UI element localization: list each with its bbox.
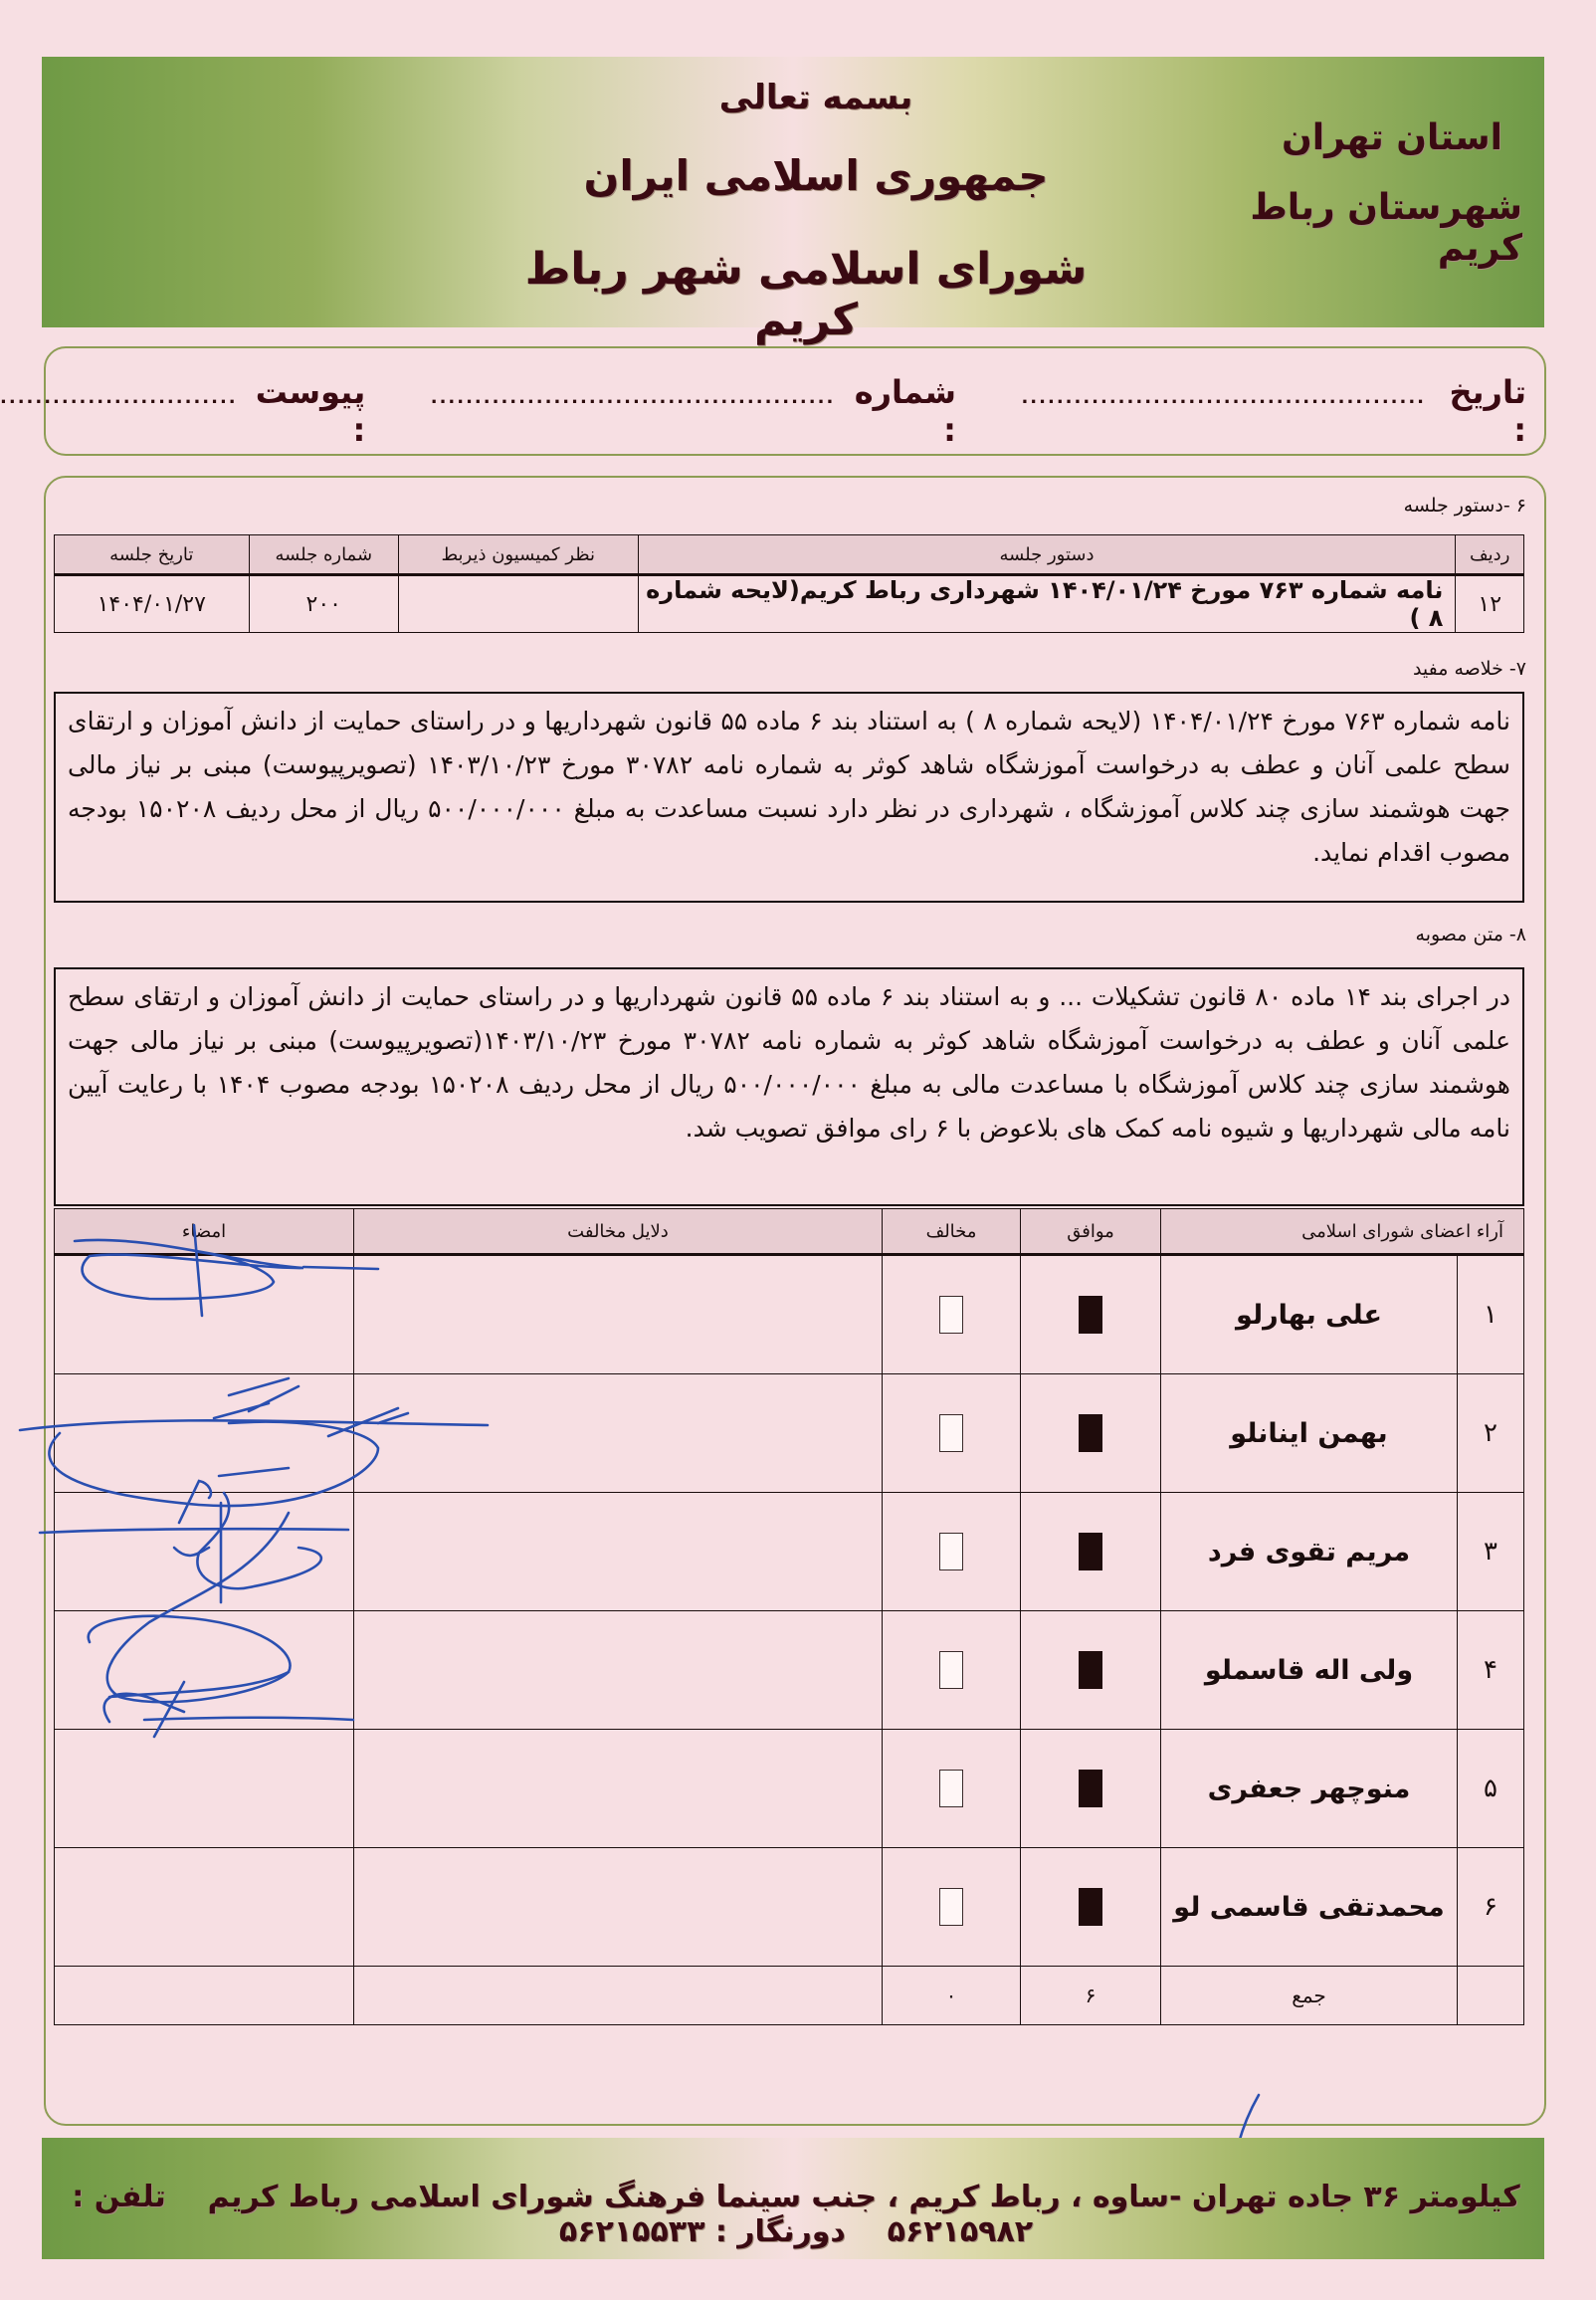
total-reasons bbox=[354, 1967, 883, 2025]
invocation-text: بسمه تعالی bbox=[557, 78, 1075, 117]
agenda-session-no: ۲۰۰ bbox=[249, 575, 398, 633]
signature-cell bbox=[55, 1255, 354, 1374]
disagree-checkbox[interactable] bbox=[939, 1770, 963, 1807]
signature-cell bbox=[55, 1611, 354, 1730]
county-label: شهرستان رباط کریم bbox=[1184, 187, 1522, 269]
col-agenda-item: دستور جلسه bbox=[638, 535, 1456, 575]
number-field[interactable]: ........................................… bbox=[431, 387, 836, 408]
col-reasons: دلایل مخالفت bbox=[354, 1209, 883, 1255]
signature-cell bbox=[55, 1848, 354, 1967]
member-no: ۲ bbox=[1458, 1374, 1524, 1493]
vote-row: ۳ مریم تقوی فرد bbox=[55, 1493, 1524, 1611]
date-label: تاریخ : bbox=[1442, 373, 1526, 449]
disagree-reason bbox=[354, 1848, 883, 1967]
member-no: ۶ bbox=[1458, 1848, 1524, 1967]
disagree-checkbox[interactable] bbox=[939, 1414, 963, 1452]
agree-checkbox[interactable] bbox=[1079, 1414, 1102, 1452]
signature-cell bbox=[55, 1493, 354, 1611]
agenda-table: ردیف دستور جلسه نظر کمیسیون ذیربط شماره … bbox=[54, 534, 1524, 633]
member-no: ۴ bbox=[1458, 1611, 1524, 1730]
col-members: آراء اعضای شورای اسلامی bbox=[1161, 1209, 1524, 1255]
summary-text: نامه شماره ۷۶۳ مورخ ۱۴۰۴/۰۱/۲۴ (لایحه شم… bbox=[54, 692, 1524, 903]
vote-row: ۴ ولی اله قاسملو bbox=[55, 1611, 1524, 1730]
agenda-section-title: ۶ -دستور جلسه bbox=[1404, 495, 1526, 517]
col-commission: نظر کمیسیون ذیربط bbox=[398, 535, 638, 575]
council-title: شورای اسلامی شهر رباط کریم bbox=[498, 244, 1114, 345]
agenda-commission-opinion bbox=[398, 575, 638, 633]
col-signature: امضاء bbox=[55, 1209, 354, 1255]
agree-checkbox[interactable] bbox=[1079, 1770, 1102, 1807]
col-row-no: ردیف bbox=[1456, 535, 1524, 575]
col-session-date: تاریخ جلسه bbox=[55, 535, 250, 575]
province-label: استان تهران bbox=[1204, 117, 1502, 158]
total-spacer bbox=[1458, 1967, 1524, 2025]
total-disagree: ۰ bbox=[883, 1967, 1021, 2025]
total-agree: ۶ bbox=[1021, 1967, 1161, 2025]
attachment-field[interactable]: ........................................… bbox=[0, 387, 238, 408]
signature-cell bbox=[55, 1374, 354, 1493]
disagree-reason bbox=[354, 1374, 883, 1493]
phone-label: تلفن : bbox=[72, 2180, 166, 2214]
member-no: ۳ bbox=[1458, 1493, 1524, 1611]
agenda-row-no: ۱۲ bbox=[1456, 575, 1524, 633]
vote-row: ۶ محمدتقی قاسمی لو bbox=[55, 1848, 1524, 1967]
disagree-reason bbox=[354, 1255, 883, 1374]
disagree-reason bbox=[354, 1730, 883, 1848]
disagree-checkbox[interactable] bbox=[939, 1651, 963, 1689]
agenda-item-text: نامه شماره ۷۶۳ مورخ ۱۴۰۴/۰۱/۲۴ شهرداری ر… bbox=[638, 575, 1456, 633]
agenda-row: ۱۲ نامه شماره ۷۶۳ مورخ ۱۴۰۴/۰۱/۲۴ شهردار… bbox=[55, 575, 1524, 633]
agree-checkbox[interactable] bbox=[1079, 1533, 1102, 1570]
approved-text: در اجرای بند ۱۴ ماده ۸۰ قانون تشکیلات ..… bbox=[54, 967, 1524, 1206]
agree-checkbox[interactable] bbox=[1079, 1296, 1102, 1334]
footer-contact: کیلومتر ۳۶ جاده تهران -ساوه ، رباط کریم … bbox=[60, 2180, 1532, 2249]
member-name: بهمن اینانلو bbox=[1161, 1374, 1458, 1493]
member-name: مریم تقوی فرد bbox=[1161, 1493, 1458, 1611]
agree-checkbox[interactable] bbox=[1079, 1651, 1102, 1689]
summary-section-title: ۷- خلاصه مفید bbox=[1413, 658, 1526, 680]
disagree-reason bbox=[354, 1611, 883, 1730]
votes-table: آراء اعضای شورای اسلامی موافق مخالف دلای… bbox=[54, 1208, 1524, 2025]
footer-address: کیلومتر ۳۶ جاده تهران -ساوه ، رباط کریم … bbox=[208, 2180, 1520, 2214]
number-label: شماره : bbox=[851, 373, 956, 449]
fax-label: دورنگار : bbox=[715, 2214, 846, 2249]
disagree-checkbox[interactable] bbox=[939, 1888, 963, 1926]
attachment-label: پیوست : bbox=[254, 373, 366, 449]
agree-checkbox[interactable] bbox=[1079, 1888, 1102, 1926]
total-label: جمع bbox=[1161, 1967, 1458, 2025]
col-agree: موافق bbox=[1021, 1209, 1161, 1255]
member-name: علی بهارلو bbox=[1161, 1255, 1458, 1374]
col-session-no: شماره جلسه bbox=[249, 535, 398, 575]
member-name: محمدتقی قاسمی لو bbox=[1161, 1848, 1458, 1967]
member-no: ۱ bbox=[1458, 1255, 1524, 1374]
agenda-session-date: ۱۴۰۴/۰۱/۲۷ bbox=[55, 575, 250, 633]
disagree-checkbox[interactable] bbox=[939, 1533, 963, 1570]
col-disagree: مخالف bbox=[883, 1209, 1021, 1255]
disagree-reason bbox=[354, 1493, 883, 1611]
phone-number: ۵۶۲۱۵۹۸۲ bbox=[888, 2214, 1033, 2249]
approved-section-title: ۸- متن مصوبه bbox=[1416, 924, 1526, 945]
member-name: ولی اله قاسملو bbox=[1161, 1611, 1458, 1730]
total-signature bbox=[55, 1967, 354, 2025]
signature-cell bbox=[55, 1730, 354, 1848]
vote-row: ۲ بهمن اینانلو bbox=[55, 1374, 1524, 1493]
total-row: جمع ۶ ۰ bbox=[55, 1967, 1524, 2025]
republic-title: جمهوری اسلامی ایران bbox=[557, 151, 1075, 200]
member-no: ۵ bbox=[1458, 1730, 1524, 1848]
member-name: منوچهر جعفری bbox=[1161, 1730, 1458, 1848]
fax-number: ۵۶۲۱۵۵۳۳ bbox=[559, 2214, 704, 2249]
letter-meta-line: تاریخ : ................................… bbox=[0, 373, 1526, 449]
date-field[interactable]: ........................................… bbox=[1021, 387, 1426, 408]
vote-row: ۵ منوچهر جعفری bbox=[55, 1730, 1524, 1848]
vote-row: ۱ علی بهارلو bbox=[55, 1255, 1524, 1374]
disagree-checkbox[interactable] bbox=[939, 1296, 963, 1334]
